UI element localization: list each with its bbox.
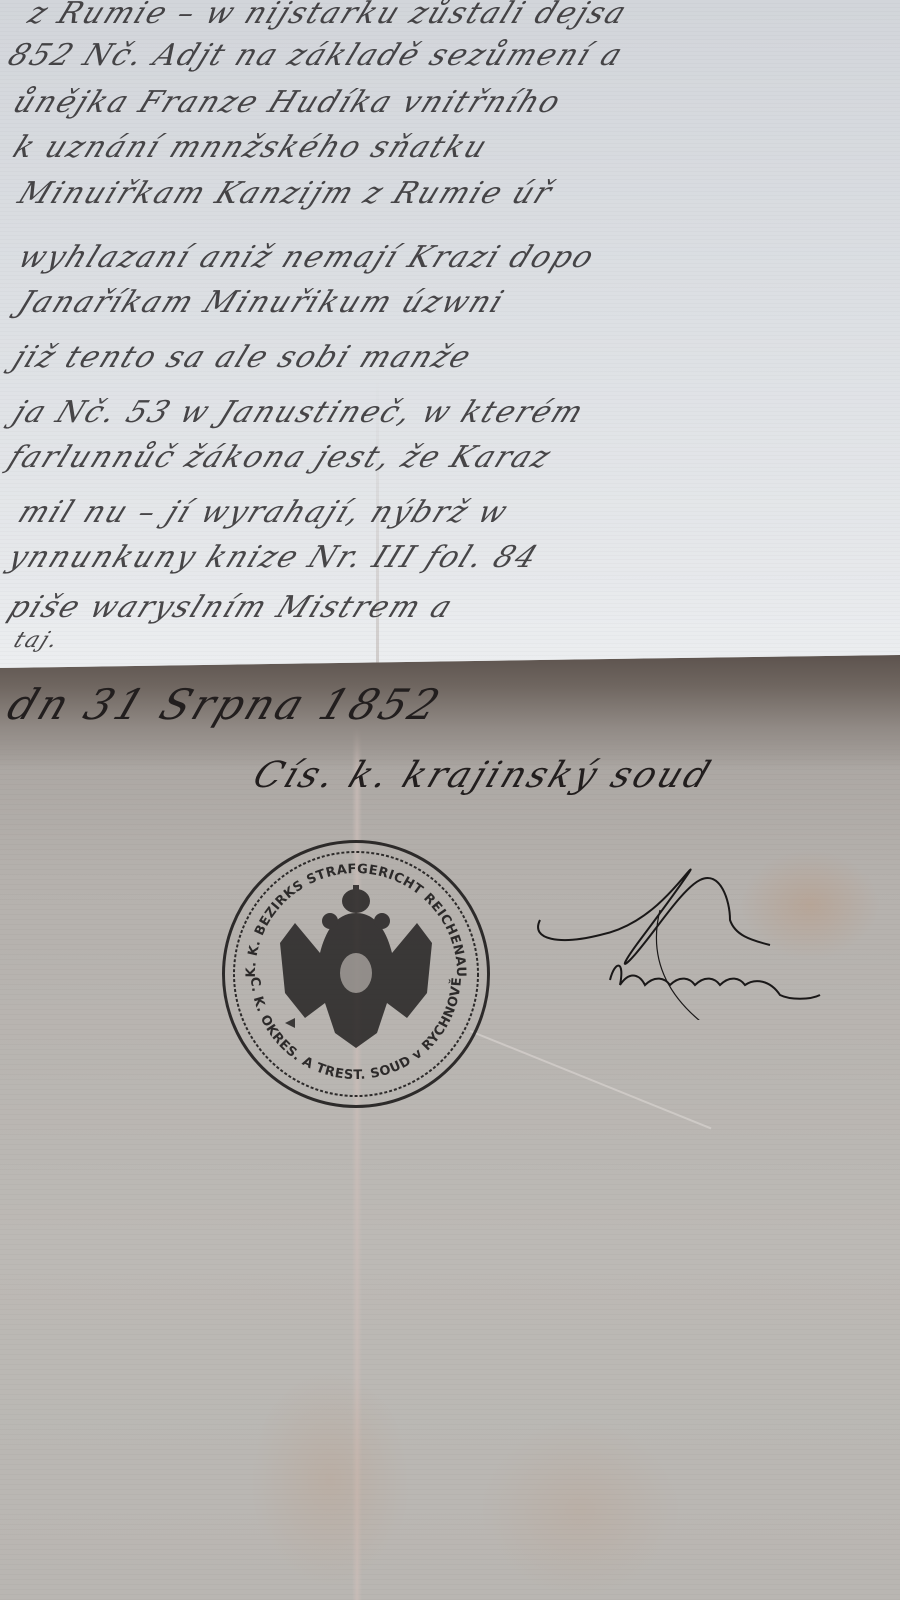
handwritten-line: ůnějka Franze Hudíka vnitřního — [8, 85, 567, 120]
date-line: dn 31 Srpna 1852 — [1, 680, 449, 729]
handwritten-line: wyhlazaní aniž nemají Krazi dopo — [13, 240, 601, 275]
handwritten-line: mil nu – jí wyrahají, nýbrž w — [13, 495, 514, 530]
signature — [530, 860, 830, 1020]
double-headed-eagle-icon — [280, 885, 432, 1048]
bottom-paper-sheet — [0, 700, 900, 1600]
handwritten-line: z Rumie – w nijstarku zůstali dejsa — [23, 0, 633, 31]
handwritten-line: k uznání mnnžského sňatku — [8, 130, 494, 165]
paper-stain — [480, 1420, 680, 1600]
handwritten-line: ynnunkuny knize Nr. III fol. 84 — [3, 540, 544, 575]
handwritten-line: Minuiřkam Kanzijm z Rumie úř — [13, 176, 559, 211]
paper-stain — [250, 1370, 410, 1590]
handwritten-line: 852 Nč. Adjt na základě sezůmení a — [3, 38, 629, 73]
court-stamp: K. K. BEZIRKS STRAFGERICHT REICHENAU C. … — [222, 840, 490, 1108]
handwritten-line: piše waryslním Mistrem a — [3, 590, 459, 625]
handwritten-line: již tento sa ale sobi manže — [8, 340, 478, 375]
handwritten-line: Janaříkam Minuřikum úzwni — [13, 285, 510, 320]
handwritten-line: farlunnůč žákona jest, že Karaz — [3, 440, 557, 475]
top-paper-sheet: z Rumie – w nijstarku zůstali dejsa 852 … — [0, 0, 900, 668]
handwritten-line: taj. — [10, 628, 64, 653]
handwritten-line: ja Nč. 53 w Janustineč, w kterém — [8, 395, 590, 430]
office-line: Cís. k. krajinský soud — [248, 755, 719, 796]
stamp-svg: K. K. BEZIRKS STRAFGERICHT REICHENAU C. … — [225, 843, 487, 1105]
document-photo: z Rumie – w nijstarku zůstali dejsa 852 … — [0, 0, 900, 1600]
